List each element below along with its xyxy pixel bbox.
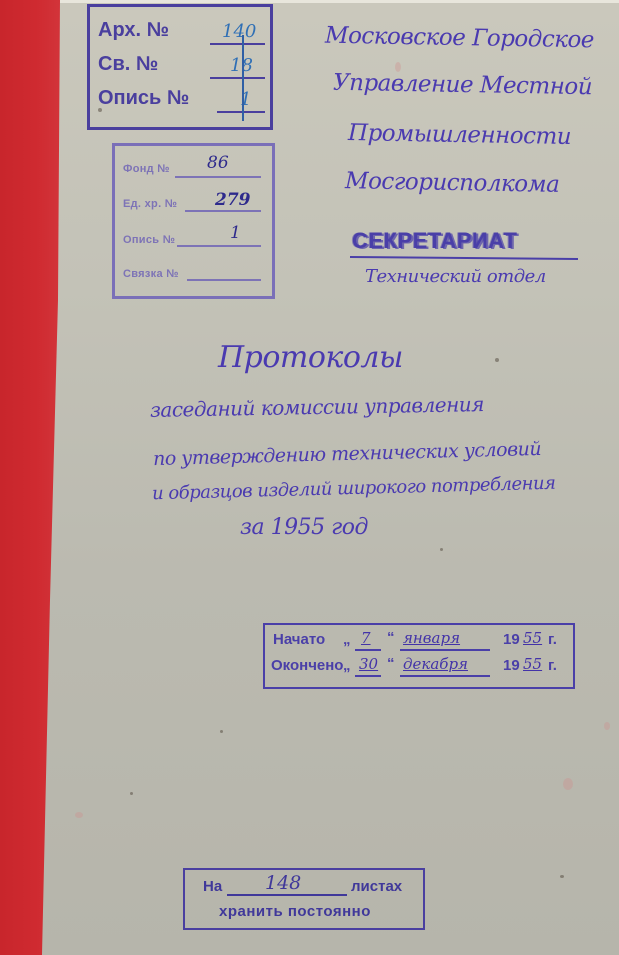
fond-label: Фонд № (123, 163, 170, 175)
opis-value: 1 (230, 223, 241, 243)
secretariat-stamp: СЕКРЕТАРИАТ (352, 228, 518, 254)
ended-month: декабря (403, 655, 468, 673)
underline (355, 675, 381, 677)
org-line-1: Московское Городское (325, 23, 594, 54)
paper-top-edge (60, 0, 619, 3)
quote-mark: “ (387, 655, 395, 672)
quote-mark: „ (343, 657, 351, 674)
started-day: 7 (361, 629, 371, 647)
paper-speck (440, 548, 443, 551)
quote-mark: “ (387, 629, 395, 646)
underline (400, 649, 490, 651)
sheets-underline (227, 894, 347, 896)
opis-underline (217, 111, 265, 113)
paper-speck (495, 358, 499, 362)
opis-underline (177, 245, 261, 247)
paper-fiber (604, 722, 610, 730)
org-line-3: Промышленности (348, 120, 572, 150)
paper-speck (130, 792, 133, 795)
underline (355, 649, 381, 651)
org-line-2: Управление Местной (333, 70, 592, 101)
svyazka-label: Связка № (123, 268, 179, 280)
sv-underline (210, 77, 265, 79)
title-line-4: за 1955 год (240, 515, 368, 540)
ed-hr-label: Ед. хр. № (123, 198, 177, 210)
fond-stamp: Фонд № 86 Ед. хр. № 279 Опись № 1 Связка… (112, 143, 275, 299)
ended-year-prefix: 19 (503, 657, 520, 674)
paper-speck (220, 730, 223, 733)
started-year-prefix: 19 (503, 631, 520, 648)
ed-hr-underline (185, 210, 261, 212)
pen-stroke (242, 35, 244, 121)
ended-day: 30 (359, 655, 378, 673)
department-handwritten: Технический отдел (365, 266, 546, 287)
fond-value: 86 (207, 153, 229, 173)
started-label: Начато (273, 631, 325, 648)
started-year-suffix: 55 (523, 629, 542, 647)
ended-label: Окончено (271, 657, 343, 674)
fond-underline (175, 176, 261, 178)
sheets-prefix: На (203, 878, 222, 895)
sv-label: Св. № (98, 53, 158, 76)
opis-label: Опись № (98, 87, 189, 110)
ed-hr-value: 279 (215, 190, 251, 210)
quote-mark: „ (343, 631, 351, 648)
year-suffix: г. (548, 657, 557, 674)
sheets-count: 148 (265, 872, 301, 894)
svyazka-underline (187, 279, 261, 281)
org-line-4: Мосгорисполкома (345, 168, 560, 198)
sheets-suffix: листах (351, 878, 402, 895)
dates-stamp: Начато „ 7 “ января 19 55 г. Окончено „ … (263, 623, 575, 689)
started-month: января (403, 629, 460, 647)
paper-speck (560, 875, 564, 878)
underline (400, 675, 490, 677)
year-suffix: г. (548, 631, 557, 648)
title-heading: Протоколы (218, 340, 403, 375)
paper-fiber (75, 812, 83, 818)
ended-year-suffix: 55 (523, 655, 542, 673)
arch-label: Арх. № (98, 19, 169, 42)
sheets-stamp: На 148 листах хранить постоянно (183, 868, 425, 930)
archive-number-stamp: Арх. № 140 Св. № 18 Опись № 1 (87, 4, 273, 130)
opis-label: Опись № (123, 234, 175, 246)
arch-underline (210, 43, 265, 45)
retention-note: хранить постоянно (219, 903, 371, 920)
arch-value: 140 (222, 21, 256, 42)
paper-fiber (563, 778, 573, 790)
